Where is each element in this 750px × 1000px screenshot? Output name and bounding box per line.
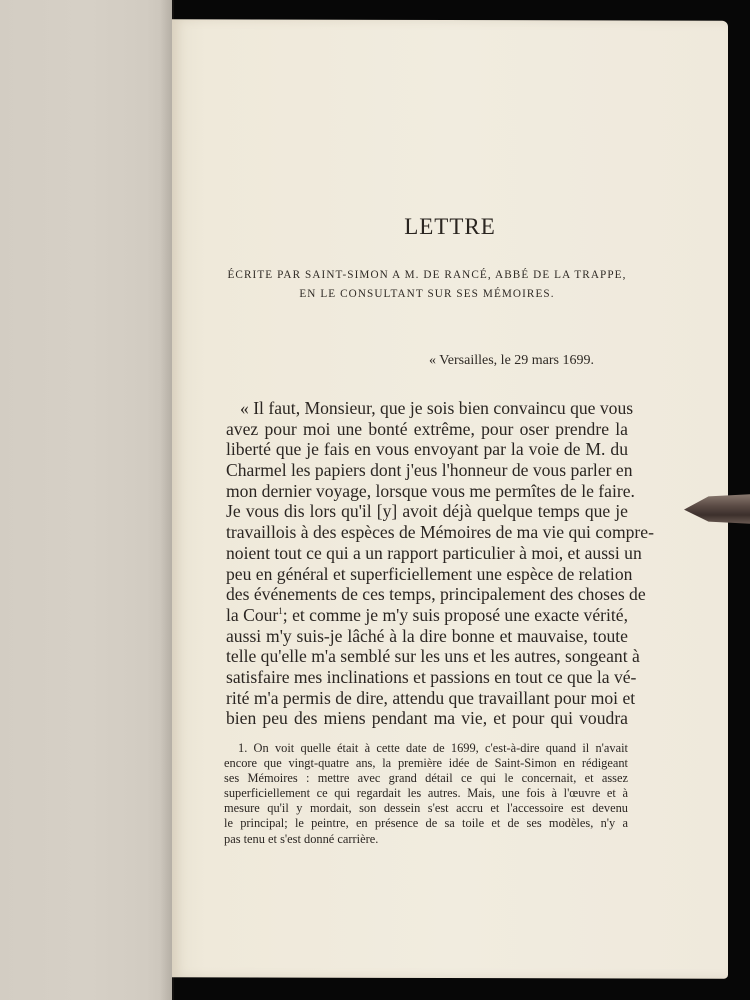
footnote-line: 1. On voit quelle était à cette date de … <box>224 741 628 756</box>
footnote-line: encore que vingt-quatre ans, la première… <box>224 756 628 771</box>
footnote-line: ses Mémoires : mettre avec grand détail … <box>224 771 628 786</box>
book-photo-scene: LETTRE ÉCRITE PAR SAINT-SIMON A M. DE RA… <box>0 0 750 1000</box>
footnote-line: pas tenu et s'est donné carrière. <box>224 832 628 847</box>
body-line: Je vous dis lors qu'il [y] avoit déjà qu… <box>226 501 628 522</box>
footnote-block: 1. On voit quelle était à cette date de … <box>224 741 628 847</box>
body-line: satisfaire mes inclinations et passions … <box>226 667 628 688</box>
page-subtitle: ÉCRITE PAR SAINT-SIMON A M. DE RANCÉ, AB… <box>226 266 628 304</box>
left-page-verso <box>0 0 172 1000</box>
subtitle-line: EN LE CONSULTANT SUR SES MÉMOIRES. <box>226 285 628 304</box>
body-line: avez pour moi une bonté extrême, pour os… <box>226 419 628 440</box>
footnote-line: mesure qu'il y mordait, son dessein s'es… <box>224 801 628 816</box>
body-line-with-footnote-ref: la Cour1; et comme je m'y suis proposé u… <box>226 605 628 626</box>
body-line: liberté que je fais en vous envoyant par… <box>226 439 628 460</box>
body-line: Charmel les papiers dont j'eus l'honneur… <box>226 460 628 481</box>
body-line: bien peu des miens pendant ma vie, et po… <box>226 708 628 729</box>
body-line: aussi m'y suis-je lâché à la dire bonne … <box>226 626 628 647</box>
footnote-line: le principal; le peintre, en présence de… <box>224 816 628 831</box>
letter-dateline: « Versailles, le 29 mars 1699. <box>410 353 594 369</box>
body-line: mon dernier voyage, lorsque vous me perm… <box>226 481 628 502</box>
body-line: des événements de ces temps, principalem… <box>226 584 628 605</box>
subtitle-line: ÉCRITE PAR SAINT-SIMON A M. DE RANCÉ, AB… <box>226 266 628 285</box>
body-line: travaillois à des espèces de Mémoires de… <box>226 522 628 543</box>
body-line: telle qu'elle m'a semblé sur les uns et … <box>226 646 628 667</box>
footnote-line: superficiellement ce qui regardait les a… <box>224 786 628 801</box>
body-line: peu en général et superficiellement une … <box>226 564 628 585</box>
letter-body: « Il faut, Monsieur, que je sois bien co… <box>226 398 628 729</box>
body-line: « Il faut, Monsieur, que je sois bien co… <box>226 398 628 419</box>
body-line: rité m'a permis de dire, attendu que tra… <box>226 688 628 709</box>
body-line: noient tout ce qui a un rapport particul… <box>226 543 628 564</box>
body-line-end: ; et comme je m'y suis proposé une exact… <box>283 605 628 625</box>
page-title: LETTRE <box>172 214 728 240</box>
body-line-start: la Cour <box>226 605 278 625</box>
